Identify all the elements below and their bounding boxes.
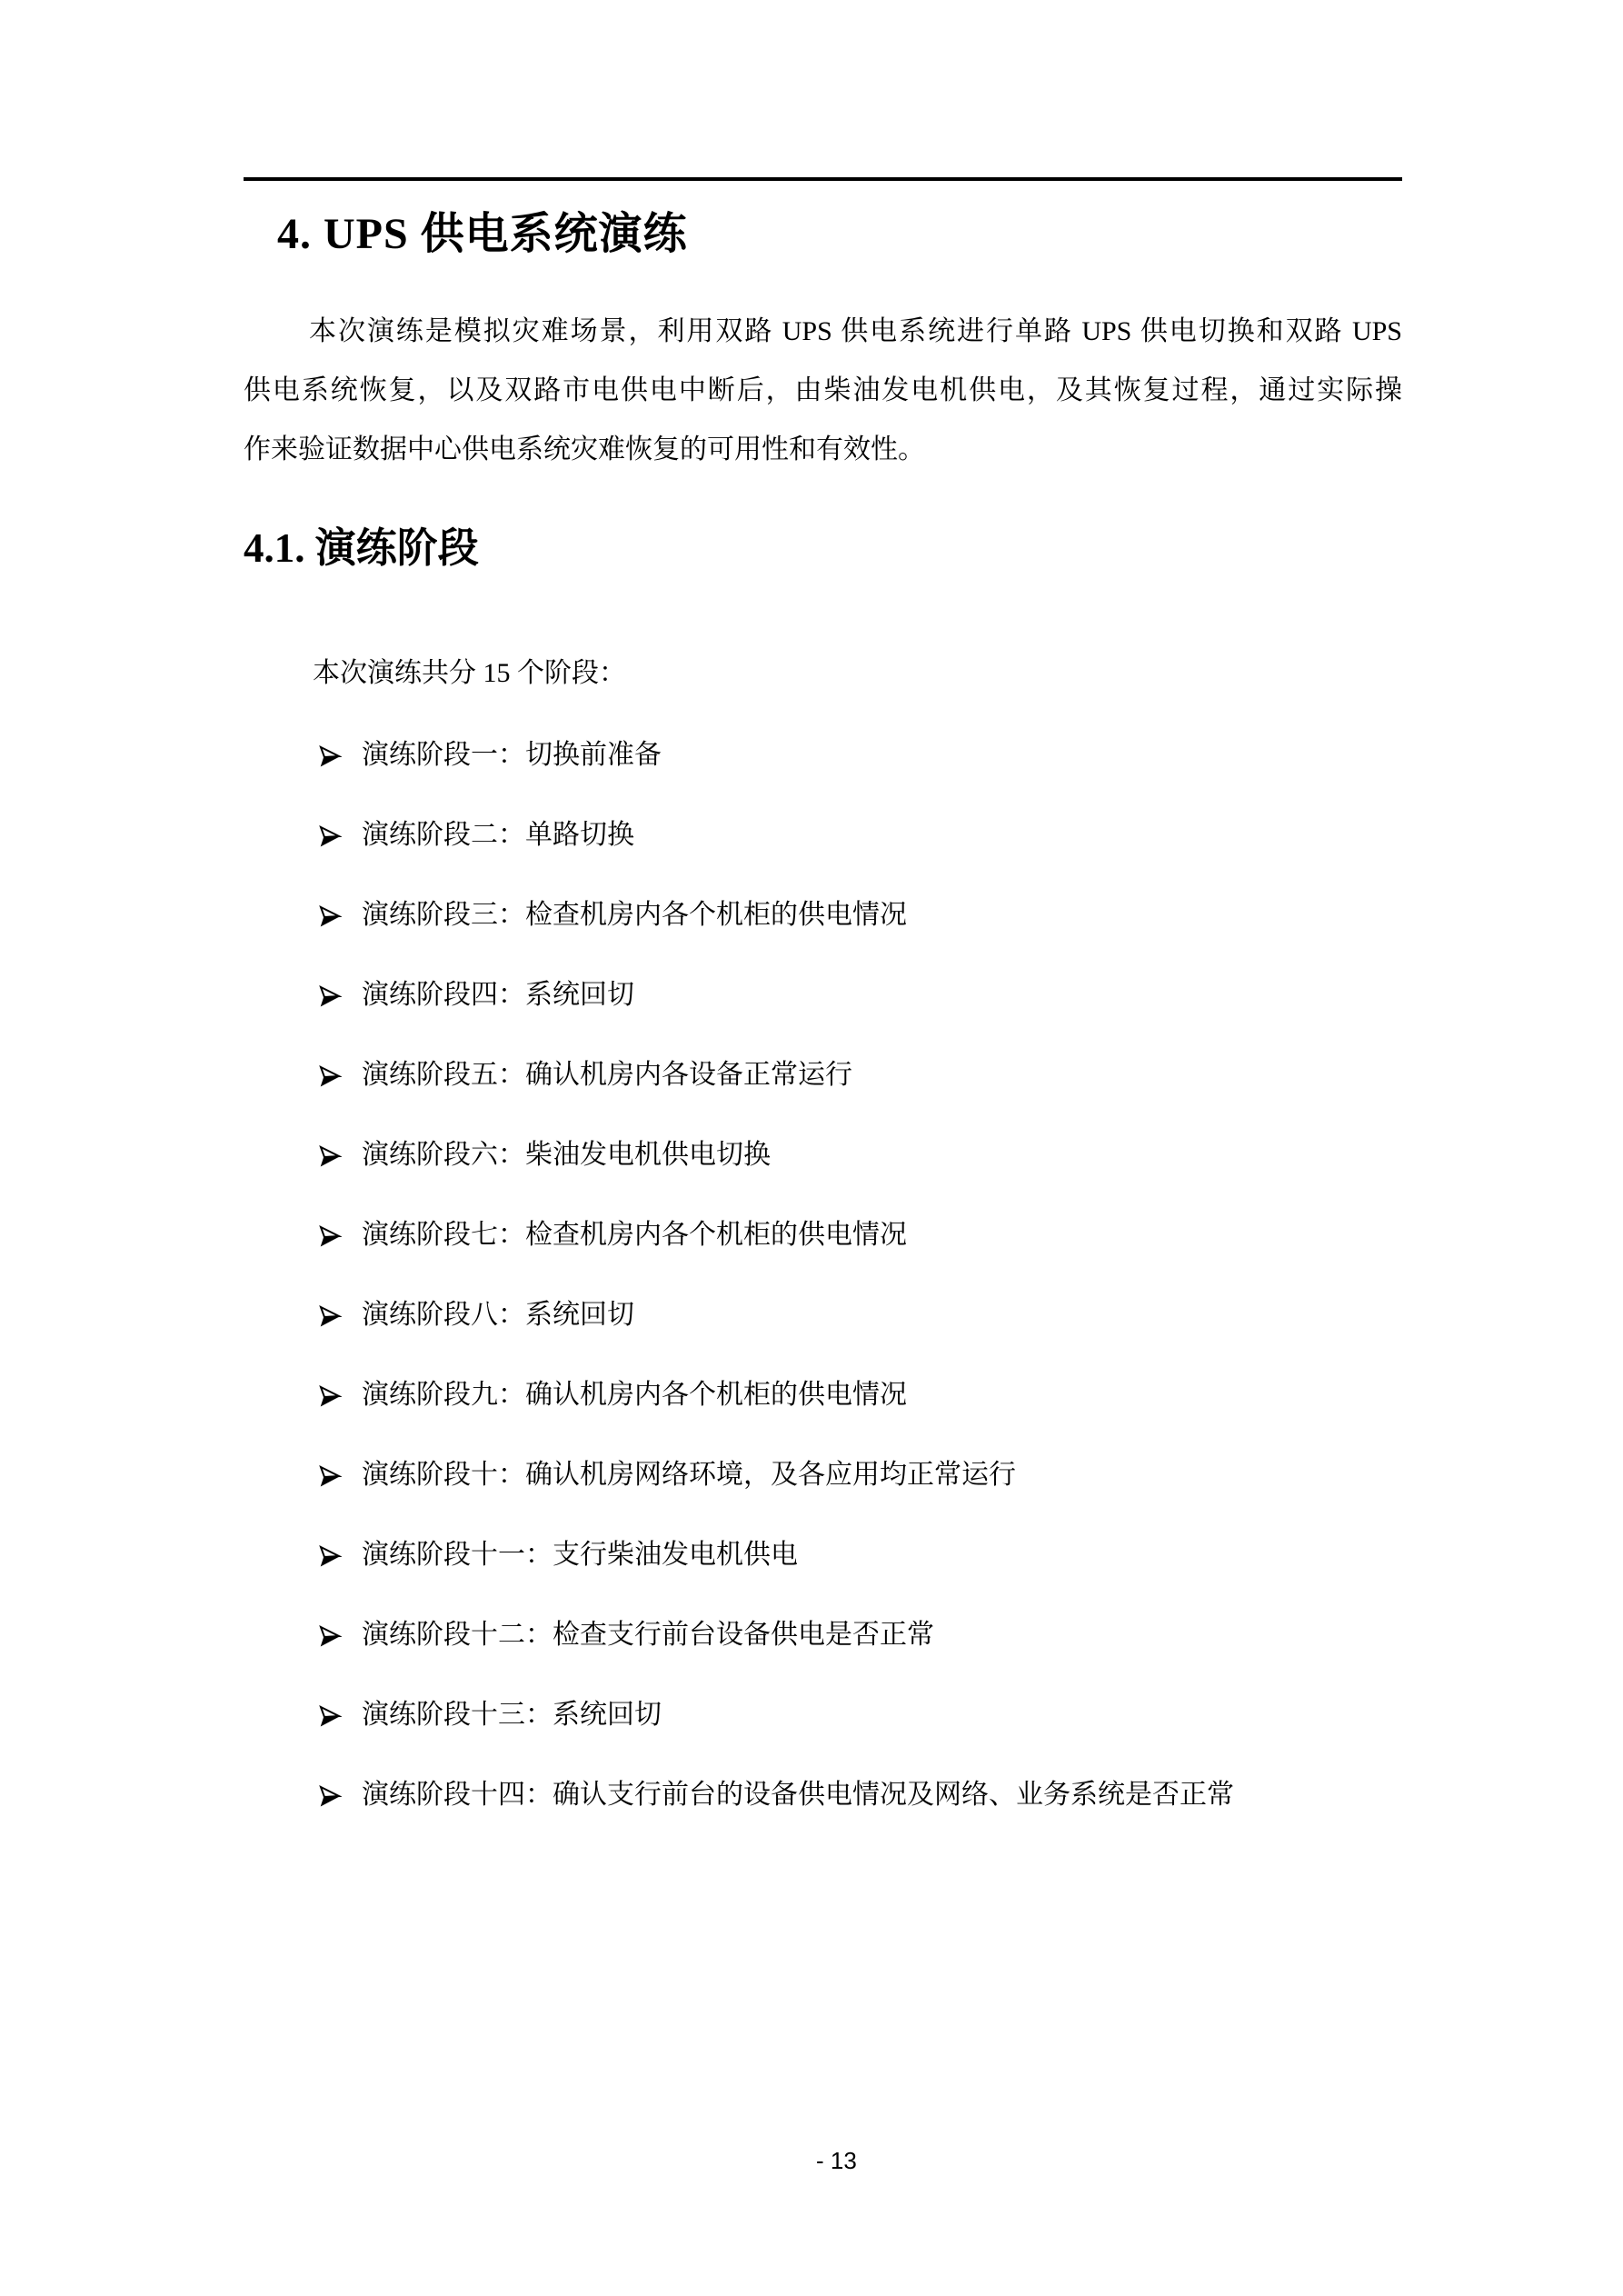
list-item-text: 演练阶段十一：支行柴油发电机供电 [362, 1538, 798, 1572]
list-item-text: 演练阶段七：检查机房内各个机柜的供电情况 [362, 1218, 907, 1253]
arrowhead-bullet-icon [318, 1542, 342, 1566]
list-item: 演练阶段十四：确认支行前台的设备供电情况及网络、业务系统是否正常 [318, 1778, 1234, 1858]
document-page: 4. UPS 供电系统演练 本次演练是模拟灾难场景，利用双路 UPS 供电系统进… [0, 0, 1623, 2296]
stage-list-intro: 本次演练共分 15 个阶段： [313, 656, 626, 691]
arrowhead-bullet-icon [318, 1702, 342, 1726]
list-item: 演练阶段十：确认机房网络环境，及各应用均正常运行 [318, 1458, 1234, 1538]
stage-list: 演练阶段一：切换前准备 演练阶段二：单路切换 演练阶段三：检查机房内各个机柜的供… [318, 738, 1234, 1858]
paragraph-line: 供电系统恢复，以及双路市电供电中断后，由柴油发电机供电，及其恢复过程，通过实际操 [244, 361, 1402, 420]
arrowhead-bullet-icon [318, 1063, 342, 1086]
list-item-text: 演练阶段五：确认机房内各设备正常运行 [362, 1058, 852, 1093]
list-item-text: 演练阶段十四：确认支行前台的设备供电情况及网络、业务系统是否正常 [362, 1778, 1234, 1812]
list-item: 演练阶段五：确认机房内各设备正常运行 [318, 1058, 1234, 1138]
arrowhead-bullet-icon [318, 903, 342, 926]
arrowhead-bullet-icon [318, 1462, 342, 1486]
list-item: 演练阶段十二：检查支行前台设备供电是否正常 [318, 1618, 1234, 1698]
list-item-text: 演练阶段一：切换前准备 [362, 738, 662, 773]
page-number: - 13 [816, 2147, 857, 2175]
subsection-title: 4.1. 演练阶段 [244, 514, 479, 574]
arrowhead-bullet-icon [318, 1782, 342, 1806]
intro-paragraph: 本次演练是模拟灾难场景，利用双路 UPS 供电系统进行单路 UPS 供电切换和双… [244, 302, 1402, 479]
arrowhead-bullet-icon [318, 1622, 342, 1646]
list-item: 演练阶段三：检查机房内各个机柜的供电情况 [318, 898, 1234, 978]
arrowhead-bullet-icon [318, 1383, 342, 1406]
list-item: 演练阶段七：检查机房内各个机柜的供电情况 [318, 1218, 1234, 1298]
list-item-text: 演练阶段二：单路切换 [362, 818, 634, 853]
arrowhead-bullet-icon [318, 1223, 342, 1246]
arrowhead-bullet-icon [318, 1303, 342, 1326]
arrowhead-bullet-icon [318, 743, 342, 766]
paragraph-line: 作来验证数据中心供电系统灾难恢复的可用性和有效性。 [244, 420, 1402, 479]
list-item: 演练阶段一：切换前准备 [318, 738, 1234, 818]
list-item-text: 演练阶段十：确认机房网络环境，及各应用均正常运行 [362, 1458, 1016, 1492]
list-item: 演练阶段十一：支行柴油发电机供电 [318, 1538, 1234, 1618]
list-item: 演练阶段四：系统回切 [318, 978, 1234, 1058]
arrowhead-bullet-icon [318, 823, 342, 846]
header-divider [244, 177, 1402, 181]
list-item-text: 演练阶段六：柴油发电机供电切换 [362, 1138, 771, 1173]
list-item-text: 演练阶段八：系统回切 [362, 1298, 634, 1333]
arrowhead-bullet-icon [318, 1143, 342, 1166]
list-item: 演练阶段十三：系统回切 [318, 1698, 1234, 1778]
list-item: 演练阶段六：柴油发电机供电切换 [318, 1138, 1234, 1218]
list-item-text: 演练阶段三：检查机房内各个机柜的供电情况 [362, 898, 907, 933]
list-item-text: 演练阶段十二：检查支行前台设备供电是否正常 [362, 1618, 934, 1652]
arrowhead-bullet-icon [318, 983, 342, 1006]
list-item: 演练阶段八：系统回切 [318, 1298, 1234, 1378]
list-item: 演练阶段二：单路切换 [318, 818, 1234, 898]
paragraph-line: 本次演练是模拟灾难场景，利用双路 UPS 供电系统进行单路 UPS 供电切换和双… [244, 302, 1402, 361]
list-item: 演练阶段九：确认机房内各个机柜的供电情况 [318, 1378, 1234, 1458]
section-title: 4. UPS 供电系统演练 [277, 198, 688, 261]
list-item-text: 演练阶段九：确认机房内各个机柜的供电情况 [362, 1378, 907, 1413]
list-item-text: 演练阶段四：系统回切 [362, 978, 634, 1013]
list-item-text: 演练阶段十三：系统回切 [362, 1698, 662, 1732]
